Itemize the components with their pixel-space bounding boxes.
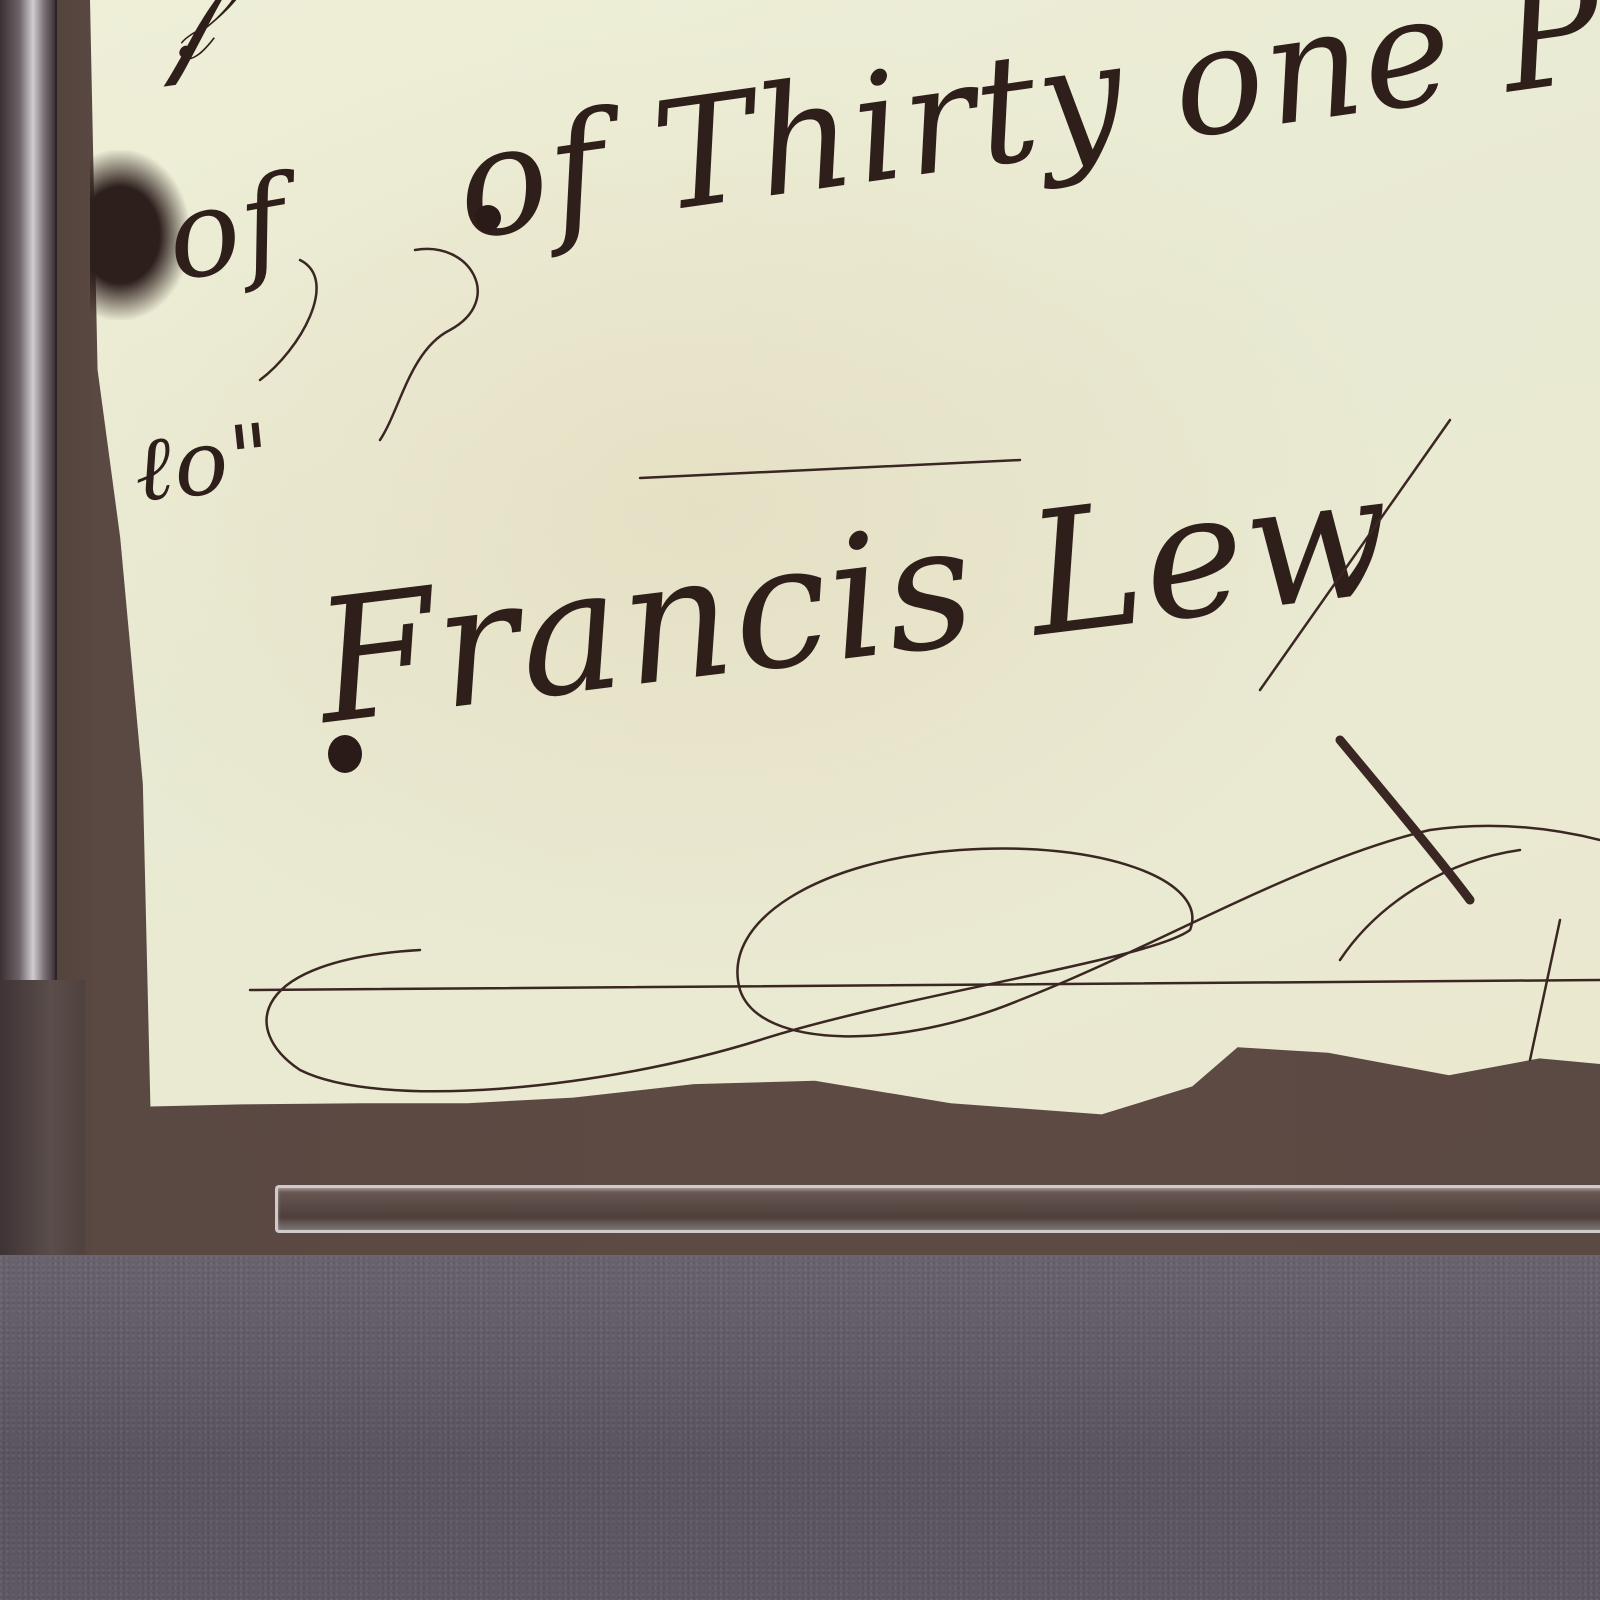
signature-l-tail — [1340, 740, 1470, 900]
ruled-dash — [640, 460, 1020, 478]
paraph-flourish — [267, 826, 1600, 1091]
ink-dot — [328, 735, 362, 773]
paraph-cross — [1340, 850, 1520, 960]
f-descender — [260, 260, 317, 380]
paraph-baseline — [250, 980, 1600, 990]
long-s-stroke — [380, 249, 478, 440]
ink-strokes — [0, 0, 1600, 1600]
ink-dot — [475, 205, 501, 231]
signature-L-ascender — [1260, 420, 1450, 690]
signature-j-stroke — [1530, 920, 1560, 1060]
